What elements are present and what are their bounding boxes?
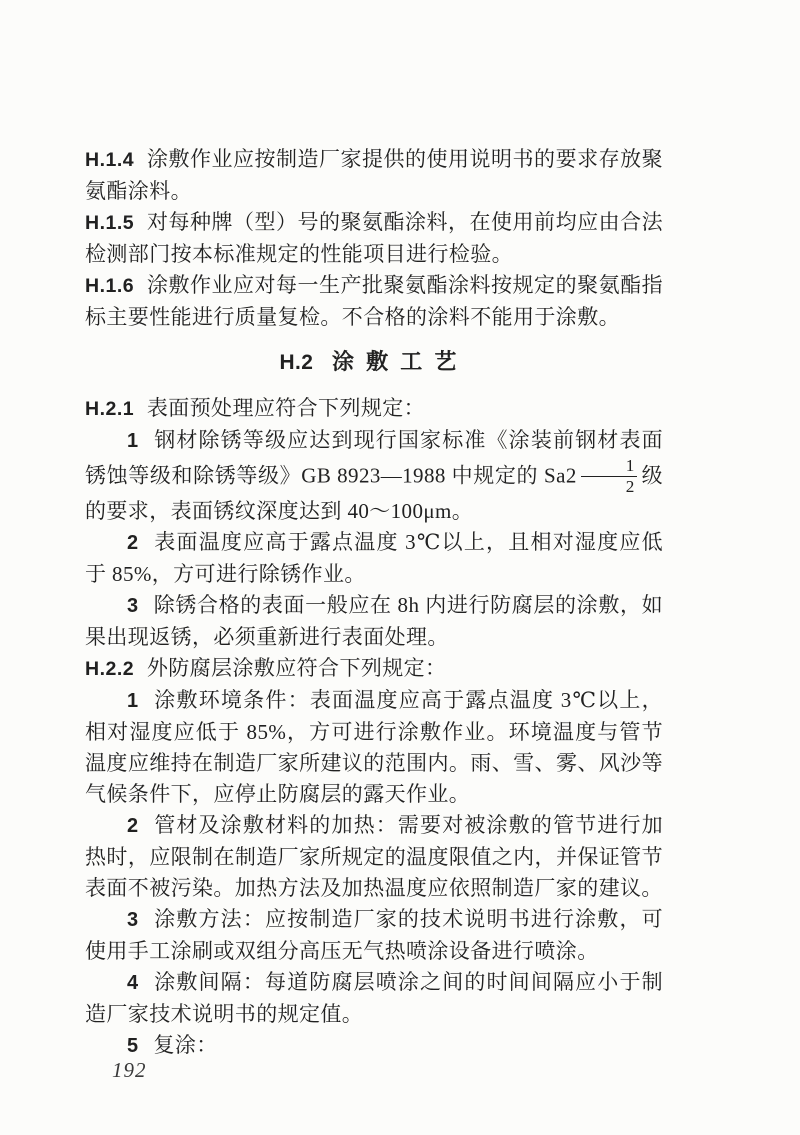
clause-number: H.1.5 [85,212,134,234]
item-number: 4 [127,972,139,994]
clause-h-2-2: H.2.2外防腐层涂敷应符合下列规定： [85,653,663,685]
clause-text: 涂敷作业应按制造厂家提供的使用说明书的要求存放聚氨酯涂料。 [85,147,663,203]
item-text-before-fraction: 钢材除锈等级应达到现行国家标准《涂装前钢材表面锈蚀等级和除锈等级》GB 8923… [85,428,663,488]
item-text: 管材及涂敷材料的加热：需要对被涂敷的管节进行加热时，应限制在制造厂家所规定的温度… [85,813,663,900]
item-number: 1 [127,690,139,712]
list-item-3-coating-within-8h: 3除锈合格的表面一般应在 8h 内进行防腐层的涂敷，如果出现返锈，必须重新进行表… [85,590,663,653]
clause-number: H.2.2 [85,658,134,680]
clause-h-1-6: H.1.6涂敷作业应对每一生产批聚氨酯涂料按规定的聚氨酯指标主要性能进行质量复检… [85,270,663,333]
fraction-denominator: 2 [581,477,638,496]
fraction-numerator: 1 [581,457,638,477]
clause-text: 对每种牌（型）号的聚氨酯涂料，在使用前均应由合法检测部门按本标准规定的性能项目进… [85,210,663,266]
list-item-1-rust-removal: 1钢材除锈等级应达到现行国家标准《涂装前钢材表面锈蚀等级和除锈等级》GB 892… [85,425,663,527]
list-item-2-surface-temperature: 2表面温度应高于露点温度 3℃以上，且相对湿度应低于 85%，方可进行除锈作业。 [85,527,663,590]
section-number: H.2 [280,351,314,374]
item-number: 2 [127,815,139,837]
section-title: 涂敷工艺 [332,349,468,374]
item-text: 表面温度应高于露点温度 3℃以上，且相对湿度应低于 85%，方可进行除锈作业。 [85,530,663,586]
item-text: 除锈合格的表面一般应在 8h 内进行防腐层的涂敷，如果出现返锈，必须重新进行表面… [85,593,663,649]
section-heading-h-2: H.2涂敷工艺 [85,346,663,378]
page-number: 192 [112,1058,147,1083]
list-item-4-coating-interval: 4涂敷间隔：每道防腐层喷涂之间的时间间隔应小于制造厂家技术说明书的规定值。 [85,967,663,1030]
document-body: H.1.4涂敷作业应按制造厂家提供的使用说明书的要求存放聚氨酯涂料。 H.1.5… [85,144,663,1062]
item-number: 1 [127,430,139,452]
clause-text: 涂敷作业应对每一生产批聚氨酯涂料按规定的聚氨酯指标主要性能进行质量复检。不合格的… [85,273,663,329]
scanned-document-page: H.1.4涂敷作业应按制造厂家提供的使用说明书的要求存放聚氨酯涂料。 H.1.5… [0,0,800,1135]
list-item-3-coating-method: 3涂敷方法：应按制造厂家的技术说明书进行涂敷，可使用手工涂刷或双组分高压无气热喷… [85,904,663,967]
item-text: 涂敷间隔：每道防腐层喷涂之间的时间间隔应小于制造厂家技术说明书的规定值。 [85,970,663,1026]
clause-number: H.1.4 [85,149,134,171]
list-item-1-environment-conditions: 1涂敷环境条件：表面温度应高于露点温度 3℃以上，相对湿度应低于 85%，方可进… [85,685,663,810]
clause-text: 表面预处理应符合下列规定： [147,396,425,420]
clause-h-1-4: H.1.4涂敷作业应按制造厂家提供的使用说明书的要求存放聚氨酯涂料。 [85,144,663,207]
item-text: 涂敷方法：应按制造厂家的技术说明书进行涂敷，可使用手工涂刷或双组分高压无气热喷涂… [85,907,663,963]
item-text: 涂敷环境条件：表面温度应高于露点温度 3℃以上，相对湿度应低于 85%，方可进行… [85,688,663,806]
item-number: 3 [127,595,139,617]
fraction-one-half: 12 [581,457,638,496]
clause-h-2-1: H.2.1表面预处理应符合下列规定： [85,393,663,425]
item-text: 复涂： [153,1033,217,1057]
item-number: 3 [127,909,139,931]
item-number: 2 [127,532,139,554]
list-item-5-recoating: 5复涂： [85,1030,663,1062]
list-item-2-heating: 2管材及涂敷材料的加热：需要对被涂敷的管节进行加热时，应限制在制造厂家所规定的温… [85,810,663,904]
clause-number: H.2.1 [85,398,134,420]
clause-text: 外防腐层涂敷应符合下列规定： [147,656,447,680]
clause-h-1-5: H.1.5对每种牌（型）号的聚氨酯涂料，在使用前均应由合法检测部门按本标准规定的… [85,207,663,270]
clause-number: H.1.6 [85,275,134,297]
item-number: 5 [127,1035,139,1057]
